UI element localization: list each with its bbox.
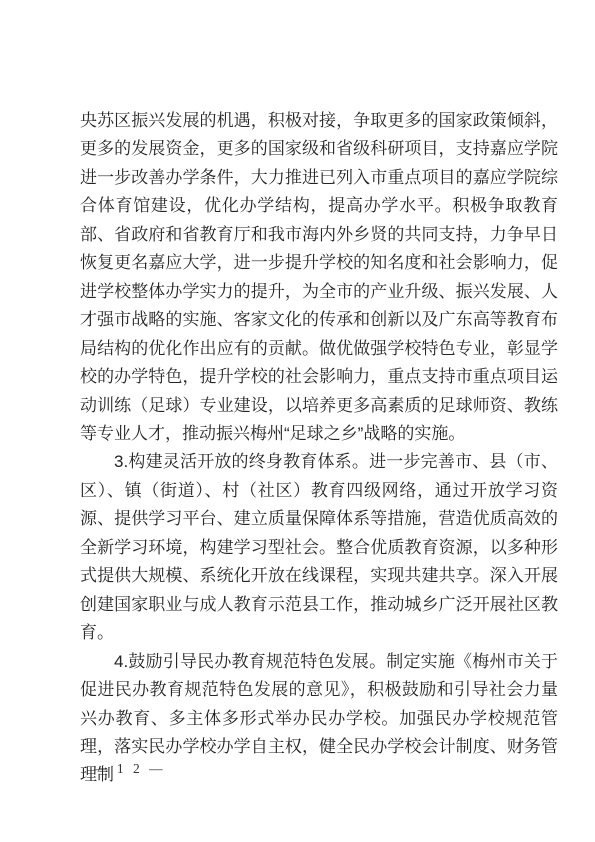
document-page: 央苏区振兴发展的机遇，积极对接，争取更多的国家政策倾斜，更多的发展资金，更多的国… bbox=[0, 0, 595, 842]
document-body: 央苏区振兴发展的机遇，积极对接，争取更多的国家政策倾斜，更多的发展资金，更多的国… bbox=[80, 107, 558, 790]
page-number: — 1 2 — bbox=[94, 761, 166, 777]
paragraph-continuation: 央苏区振兴发展的机遇，积极对接，争取更多的国家政策倾斜，更多的发展资金，更多的国… bbox=[80, 107, 558, 448]
paragraph-item-3: 3.构建灵活开放的终身教育体系。进一步完善市、县（市、区）、镇（街道）、村（社区… bbox=[80, 448, 558, 647]
